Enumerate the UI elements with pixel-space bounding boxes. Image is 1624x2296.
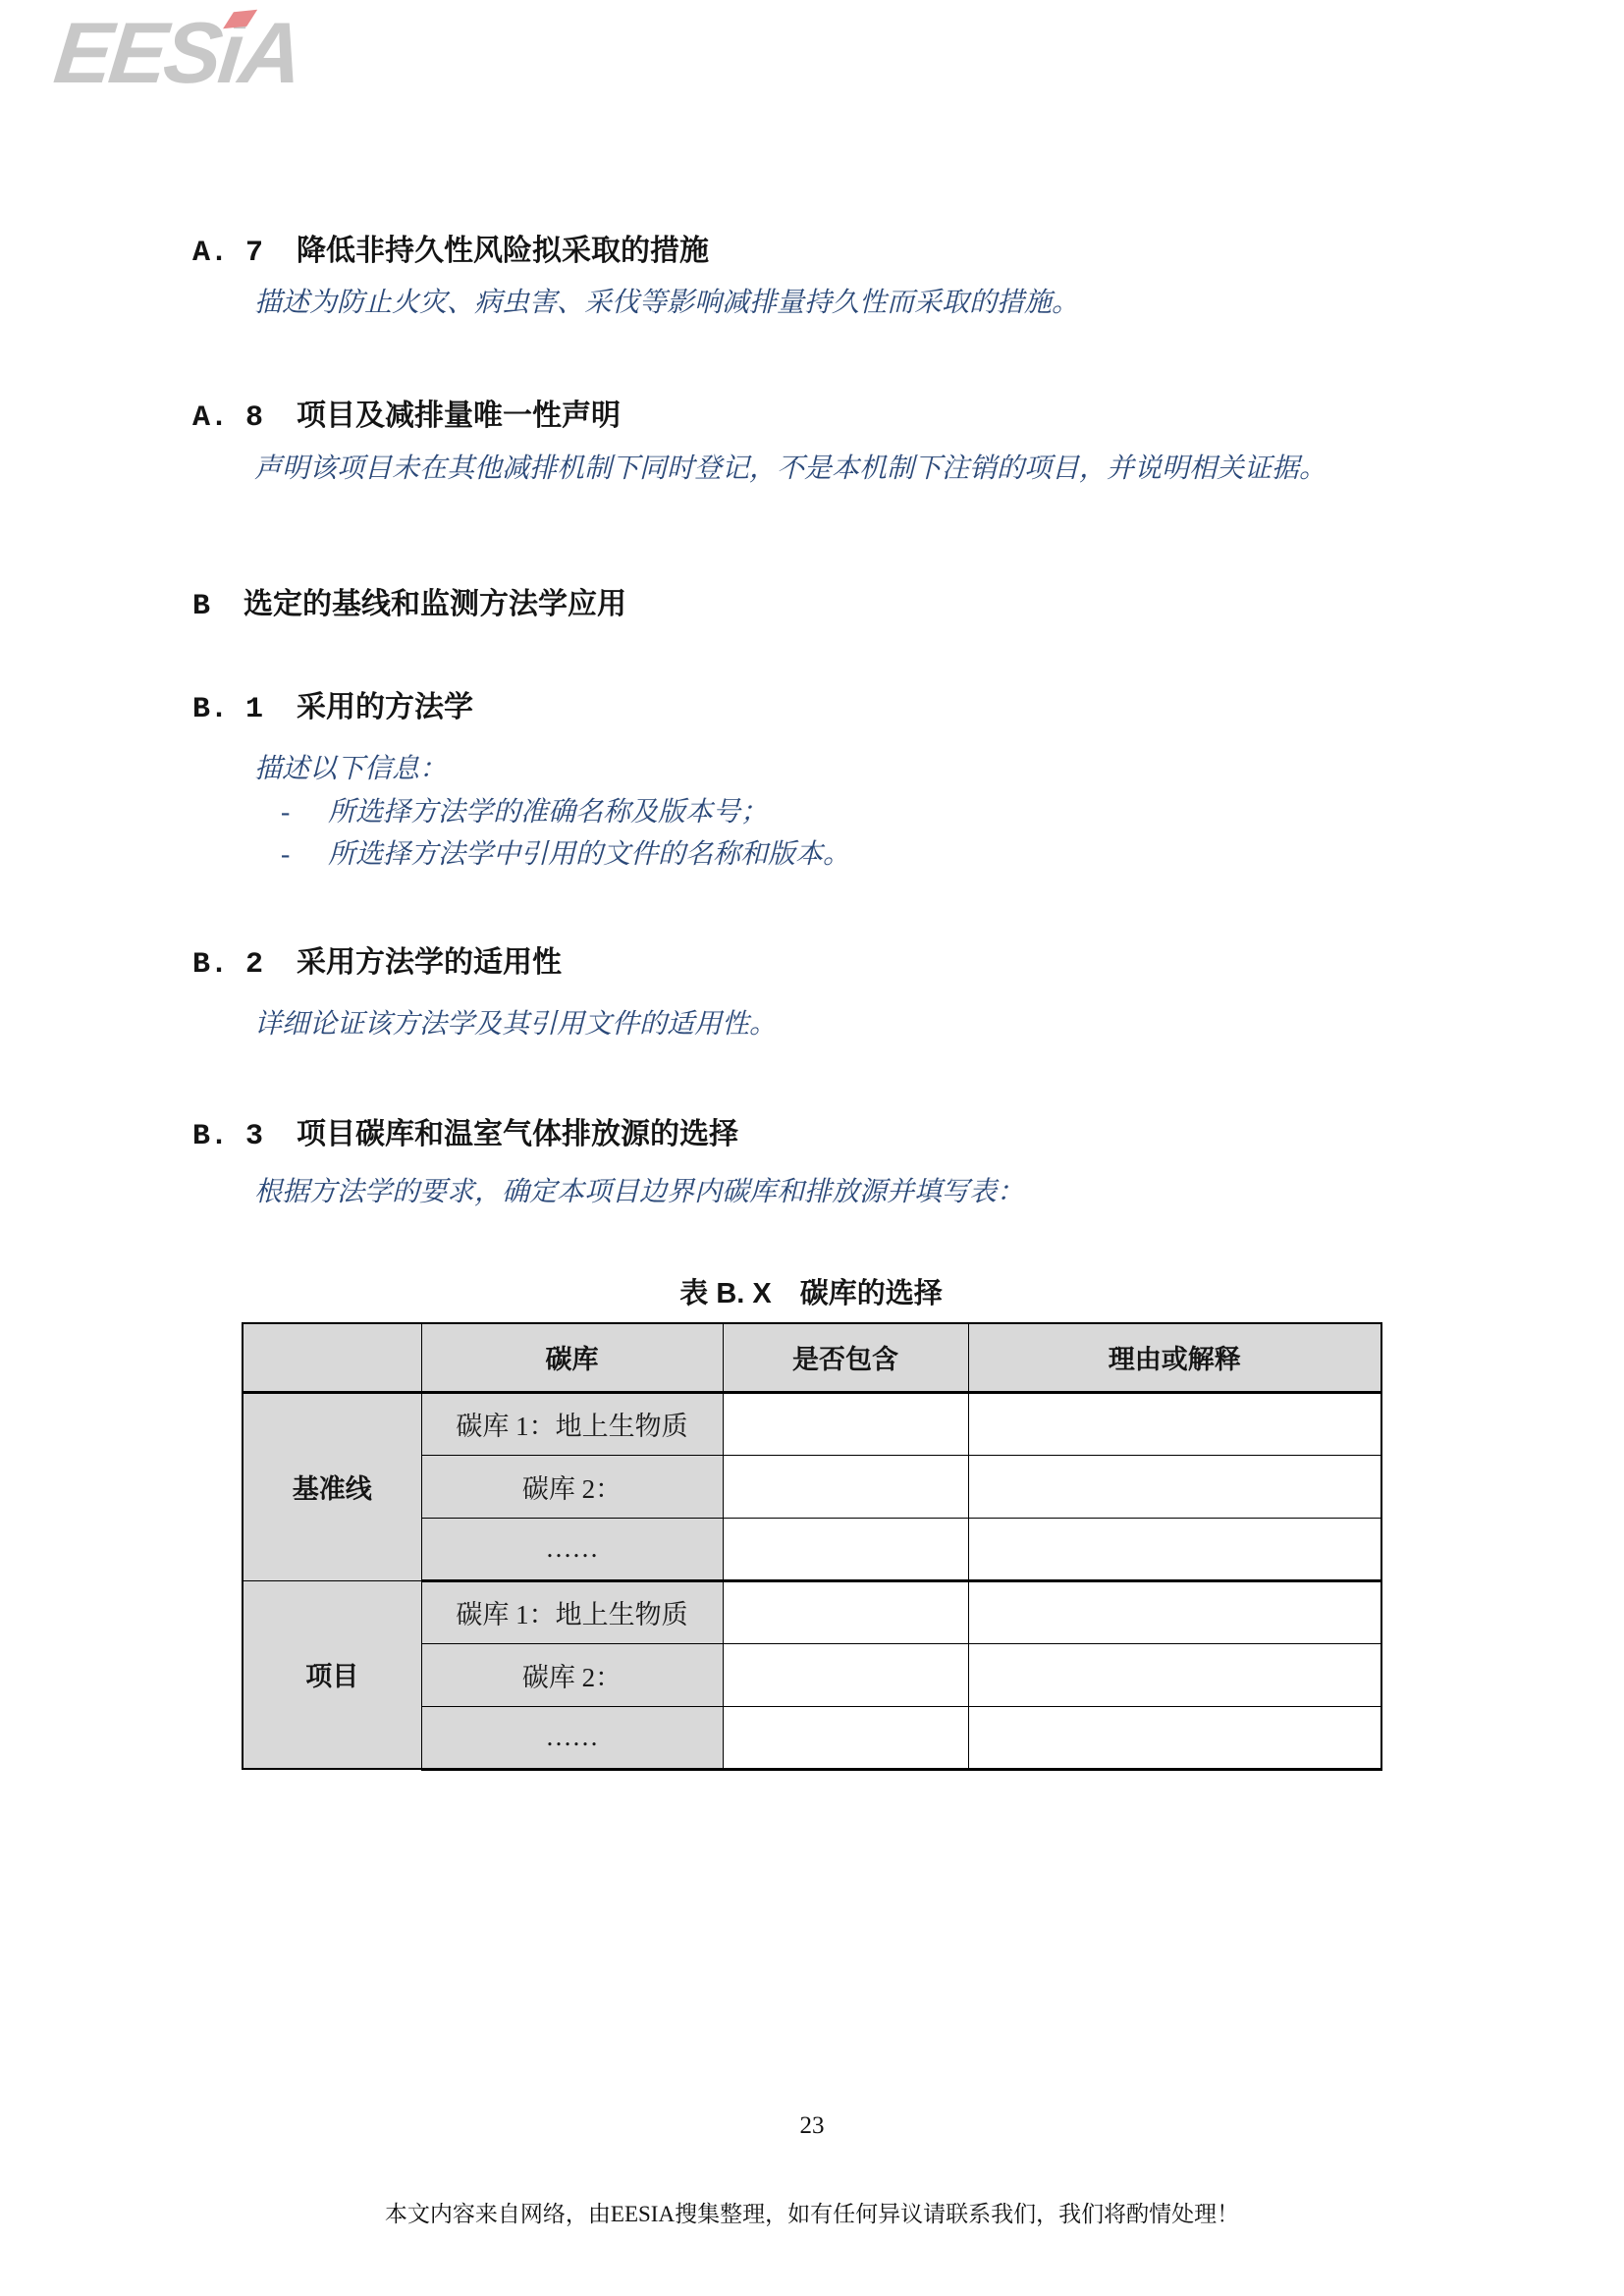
included-cell-empty	[723, 1580, 968, 1643]
pool-cell: ……	[421, 1518, 723, 1580]
section-heading-b: B选定的基线和监测方法学应用	[192, 587, 626, 624]
section-heading-a8: A. 8项目及减排量唯一性声明	[192, 399, 621, 436]
section-note-b2: 详细论证该方法学及其引用文件的适用性。	[254, 1008, 777, 1041]
page-number: 23	[0, 2112, 1624, 2140]
footer-disclaimer: 本文内容来自网络，由EESIA搜集整理，如有任何异议请联系我们，我们将酌情处理！	[0, 2196, 1624, 2228]
section-number: B. 2	[192, 948, 263, 982]
header-cell-included: 是否包含	[723, 1323, 968, 1392]
section-note-b1: 描述以下信息：	[254, 753, 447, 786]
section-note-a7: 描述为防止火灾、病虫害、采伐等影响减排量持久性而采取的措施。	[254, 287, 1079, 320]
reason-cell-empty	[968, 1455, 1381, 1518]
section-title: 采用的方法学	[297, 691, 473, 723]
table-header-row: 碳库 是否包含 理由或解释	[243, 1323, 1381, 1392]
reason-cell-empty	[968, 1706, 1381, 1769]
section-title: 项目碳库和温室气体排放源的选择	[297, 1118, 738, 1150]
bullet-text: 所选择方法学的准确名称及版本号；	[328, 797, 768, 828]
pool-cell: 碳库 1：地上生物质	[421, 1580, 723, 1643]
table-row: 项目 碳库 1：地上生物质	[243, 1580, 1381, 1643]
included-cell-empty	[723, 1706, 968, 1769]
section-number: A. 7	[192, 237, 263, 270]
section-heading-b1: B. 1采用的方法学	[192, 690, 473, 727]
row-group-project: 项目	[243, 1580, 421, 1769]
section-heading-a7: A. 7降低非持久性风险拟采取的措施	[192, 234, 709, 271]
included-cell-empty	[723, 1455, 968, 1518]
included-cell-empty	[723, 1643, 968, 1706]
section-title: 采用方法学的适用性	[297, 946, 562, 979]
header-cell-reason: 理由或解释	[968, 1323, 1381, 1392]
section-title: 降低非持久性风险拟采取的措施	[297, 235, 709, 267]
bullet-dash-icon: -	[281, 796, 328, 829]
pool-cell: ……	[421, 1706, 723, 1769]
header-cell-pool: 碳库	[421, 1323, 723, 1392]
b1-bullet-1: -所选择方法学的准确名称及版本号；	[281, 796, 768, 829]
reason-cell-empty	[968, 1392, 1381, 1455]
section-title: 项目及减排量唯一性声明	[297, 400, 621, 432]
bullet-dash-icon: -	[281, 838, 328, 872]
section-note-a8: 声明该项目未在其他减排机制下同时登记，不是本机制下注销的项目，并说明相关证据。	[254, 453, 1326, 486]
logo-text-ees: EES	[50, 4, 224, 101]
pool-cell: 碳库 2：	[421, 1643, 723, 1706]
b1-bullet-2: -所选择方法学中引用的文件的名称和版本。	[281, 838, 850, 872]
reason-cell-empty	[968, 1518, 1381, 1580]
included-cell-empty	[723, 1392, 968, 1455]
section-note-b3: 根据方法学的要求，确定本项目边界内碳库和排放源并填写表：	[254, 1176, 1024, 1209]
pool-cell: 碳库 2：	[421, 1455, 723, 1518]
section-heading-b2: B. 2采用方法学的适用性	[192, 945, 562, 983]
section-heading-b3: B. 3项目碳库和温室气体排放源的选择	[192, 1117, 738, 1154]
eesia-logo: EESiA	[50, 4, 305, 102]
section-number: B. 3	[192, 1120, 263, 1153]
reason-cell-empty	[968, 1643, 1381, 1706]
table-caption: 表 B. X 碳库的选择	[242, 1271, 1380, 1311]
section-title: 选定的基线和监测方法学应用	[244, 588, 626, 620]
carbon-pool-table: 碳库 是否包含 理由或解释 基准线 碳库 1：地上生物质 碳库 2： ……	[242, 1322, 1382, 1771]
section-number: B	[192, 590, 210, 623]
bullet-text: 所选择方法学中引用的文件的名称和版本。	[328, 839, 850, 870]
section-number: B. 1	[192, 693, 263, 726]
row-group-baseline: 基准线	[243, 1392, 421, 1580]
pool-cell: 碳库 1：地上生物质	[421, 1392, 723, 1455]
included-cell-empty	[723, 1518, 968, 1580]
table-row: 基准线 碳库 1：地上生物质	[243, 1392, 1381, 1455]
reason-cell-empty	[968, 1580, 1381, 1643]
section-number: A. 8	[192, 401, 263, 435]
document-page: EESiA A. 7降低非持久性风险拟采取的措施 描述为防止火灾、病虫害、采伐等…	[0, 0, 1624, 2296]
header-cell-empty	[243, 1323, 421, 1392]
